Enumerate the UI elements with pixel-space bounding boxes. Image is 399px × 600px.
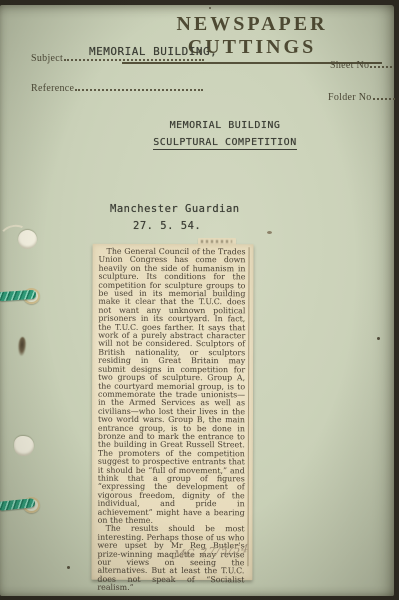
folder-no-label: Folder No <box>328 92 372 103</box>
folder-no-dotted-line <box>373 90 395 100</box>
sheet-no-dotted-line <box>370 58 392 68</box>
clipping-text: The General Council of the Trades Union … <box>97 248 245 593</box>
typed-heading-line2: SCULPTURAL COMPETITION <box>140 137 310 148</box>
sheet-no-label: Sheet No <box>330 60 369 71</box>
punched-hole <box>18 230 37 249</box>
subject-label: Subject <box>31 53 63 64</box>
clipping-paragraph: The General Council of the Trades Union … <box>98 248 246 526</box>
scanned-archive-photo: NEWSPAPER CUTTINGS Subject MEMORIAL BUIL… <box>0 0 399 600</box>
subject-value: MEMORIAL BUILDING, <box>89 45 217 58</box>
paper-speck <box>377 337 380 340</box>
column-rule <box>247 247 249 566</box>
clipping-date: 27. 5. 54. <box>133 220 201 232</box>
reference-label: Reference <box>31 83 74 94</box>
punched-hole <box>14 436 34 456</box>
paper-speck <box>209 7 211 9</box>
reference-dotted-line <box>75 81 203 91</box>
reference-row: Reference <box>31 78 203 96</box>
clipping-paragraph: The results should be most interesting. … <box>97 525 244 593</box>
paper-speck <box>67 566 70 569</box>
clipping-source: Manchester Guardian <box>110 203 240 215</box>
pencil-smudge <box>267 231 272 234</box>
typed-heading-line1: MEMORIAL BUILDING <box>140 120 310 131</box>
folder-no-row: Folder No <box>328 87 395 105</box>
sheet-no-row: Sheet No <box>330 55 392 73</box>
newspaper-clipping: The General Council of the Trades Union … <box>91 244 253 581</box>
